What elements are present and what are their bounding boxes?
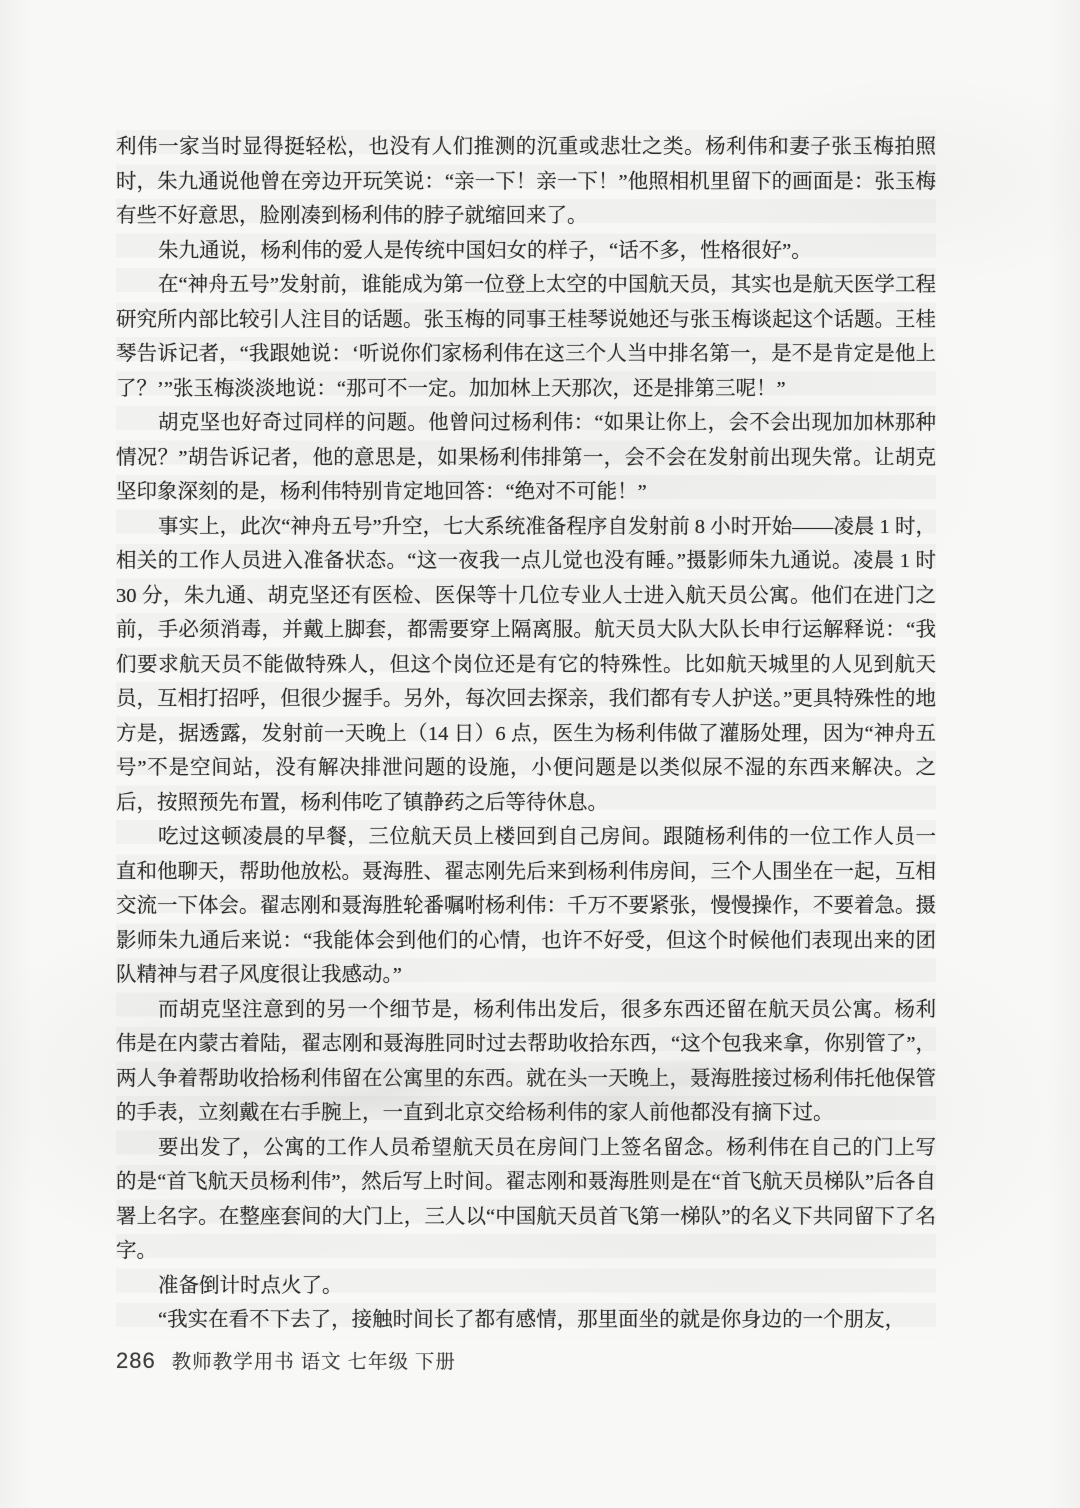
scanned-page: 利伟一家当时显得挺轻松，也没有人们推测的沉重或悲壮之类。杨利伟和妻子张玉梅拍照时… — [0, 0, 1080, 1508]
paragraph: “我实在看不下去了，接触时间长了都有感情，那里面坐的就是你身边的一个朋友， — [116, 1303, 936, 1338]
paragraph: 吃过这顿凌晨的早餐，三位航天员上楼回到自己房间。跟随杨利伟的一位工作人员一直和他… — [116, 820, 936, 993]
paragraph: 要出发了，公寓的工作人员希望航天员在房间门上签名留念。杨利伟在自己的门上写的是“… — [116, 1131, 936, 1269]
paragraph: 事实上，此次“神舟五号”升空，七大系统准备程序自发射前 8 小时开始——凌晨 1… — [116, 510, 936, 821]
paragraph-continuation: 利伟一家当时显得挺轻松，也没有人们推测的沉重或悲壮之类。杨利伟和妻子张玉梅拍照时… — [116, 130, 936, 234]
page-footer: 286 教师教学用书 语文 七年级 下册 — [116, 1346, 456, 1374]
paragraph: 在“神舟五号”发射前，谁能成为第一位登上太空的中国航天员，其实也是航天医学工程研… — [116, 268, 936, 406]
body-text-block: 利伟一家当时显得挺轻松，也没有人们推测的沉重或悲壮之类。杨利伟和妻子张玉梅拍照时… — [116, 130, 936, 1338]
paragraph: 朱九通说，杨利伟的爱人是传统中国妇女的样子，“话不多，性格很好”。 — [116, 234, 936, 269]
page-number: 286 — [116, 1348, 156, 1374]
paragraph: 准备倒计时点火了。 — [116, 1269, 936, 1304]
paragraph: 而胡克坚注意到的另一个细节是，杨利伟出发后，很多东西还留在航天员公寓。杨利伟是在… — [116, 993, 936, 1131]
book-title: 教师教学用书 语文 七年级 下册 — [172, 1346, 456, 1374]
paragraph: 胡克坚也好奇过同样的问题。他曾问过杨利伟：“如果让你上，会不会出现加加林那种情况… — [116, 406, 936, 510]
